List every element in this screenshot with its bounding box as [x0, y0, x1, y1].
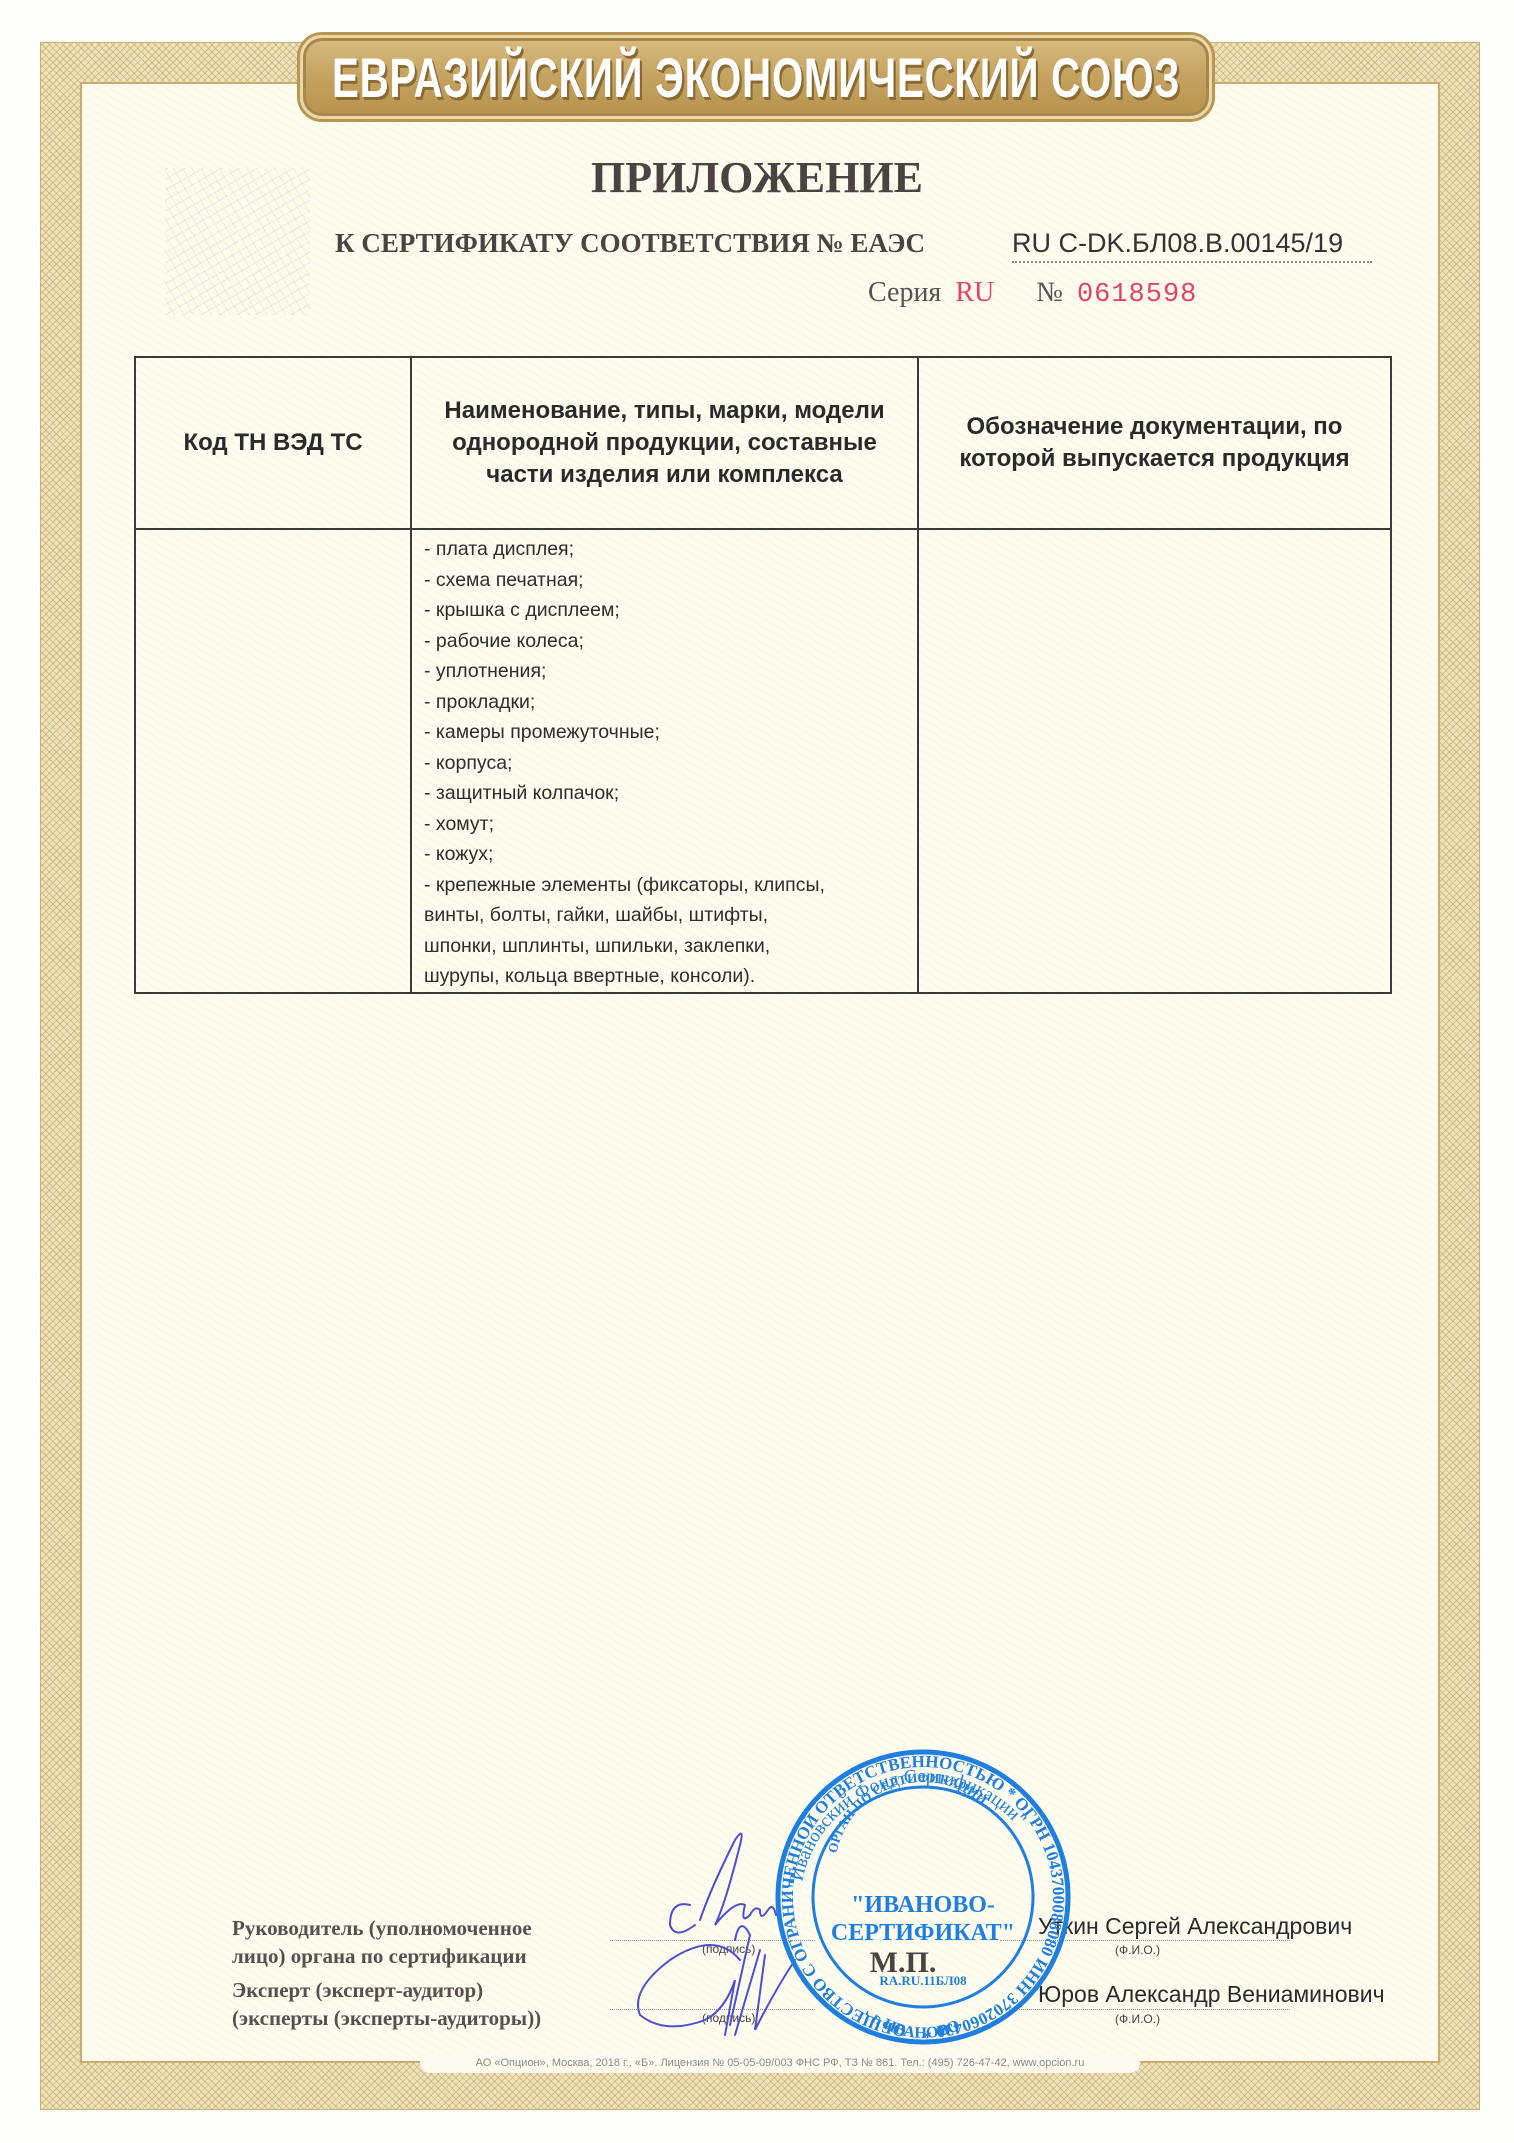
svg-text:М.П.: М.П. [870, 1946, 937, 1979]
svg-text:"ИВАНОВО-: "ИВАНОВО- [851, 1892, 995, 1918]
organization-stamp: ОБЩЕСТВО С ОГРАНИЧЕННОЙ ОТВЕТСТВЕННОСТЬЮ… [0, 0, 1514, 2143]
printer-imprint: АО «Опцион», Москва, 2018 г., «Б». Лицен… [420, 2053, 1140, 2073]
svg-text:СЕРТИФИКАТ": СЕРТИФИКАТ" [831, 1920, 1015, 1946]
